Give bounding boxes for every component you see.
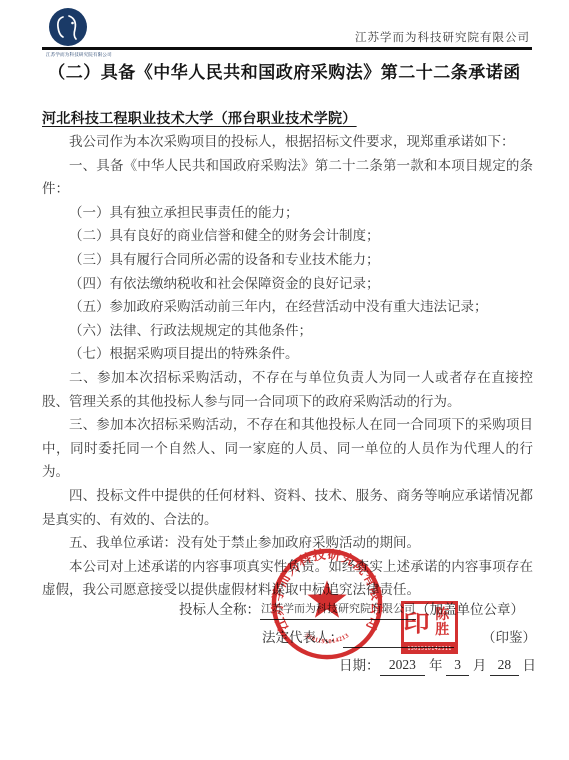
paragraph-item-1-2: （二）具有良好的商业信誉和健全的财务会计制度； [42,224,533,248]
paragraph-item-1-3: （三）具有履行合同所必需的设备和专业技术能力； [42,248,533,272]
paragraph-item-3: 三、参加本次招标采购活动，不存在和其他投标人在同一合同项下的采购项目中，同时委托… [42,413,533,484]
name-seal-box: 印 陈 胜 [401,601,458,645]
legal-rep-name-seal: 印 陈 胜 1301510142311 [401,601,458,654]
seal-code-text: 3201191014213 [303,632,350,645]
paragraph-item-2: 二、参加本次招标采购活动，不存在与单位负责人为同一人或者存在直接控股、管理关系的… [42,366,533,413]
paragraph-item-1-5: （五）参加政府采购活动前三年内，在经营活动中没有重大违法记录； [42,295,533,319]
date-month-char: 月 [473,656,487,676]
legal-rep-suffix: （印鉴） [482,628,536,648]
svg-text:3201191014213: 3201191014213 [303,632,350,645]
seal-star-icon [307,580,346,617]
date-month-value: 3 [446,655,469,676]
name-seal-name-bottom: 胜 [435,623,449,638]
name-seal-name-top: 陈 [435,608,449,623]
company-round-seal: 江苏学而为科技研究院有限公司 3201191014213 [268,545,386,663]
date-day-value: 28 [490,655,519,676]
company-logo-icon [48,7,88,47]
logo-caption: 江苏学而为科技研究院有限公司 [46,52,90,57]
paragraph-item-4: 四、投标文件中提供的任何材料、资料、技术、服务、商务等响应承诺情况都是真实的、有… [42,484,533,531]
paragraph-item-1-6: （六）法律、行政法规规定的其他条件； [42,319,533,343]
paragraph-item-1-7: （七）根据采购项目提出的特殊条件。 [42,342,533,366]
paragraph-item-1: 一、具备《中华人民共和国政府采购法》第二十二条第一款和本项目规定的条件： [42,154,533,201]
name-seal-stamp-char: 印 [404,612,430,635]
header-company-name: 江苏学而为科技研究院有限公司 [355,29,530,45]
date-day-char: 日 [522,656,536,676]
name-seal-code: 1301510142311 [401,645,458,654]
document-page: 江苏学而为科技研究院有限公司 江苏学而为科技研究院有限公司 （二）具备《中华人民… [0,0,569,760]
name-seal-name: 陈 胜 [435,608,449,638]
date-year-value: 2023 [380,655,426,676]
page-title: （二）具备《中华人民共和国政府采购法》第二十二条承诺函 [0,58,569,83]
date-year-char: 年 [429,656,443,676]
bidder-name-label: 投标人全称： [179,600,260,620]
paragraph-item-1-1: （一）具有独立承担民事责任的能力； [42,201,533,225]
paragraph-intro: 我公司作为本次采购项目的投标人，根据招标文件要求，现郑重承诺如下： [42,130,533,154]
header-rule [42,47,532,50]
addressee-heading: 河北科技工程职业技术大学（邢台职业技术学院） [42,108,357,128]
paragraph-item-1-4: （四）有依法缴纳税收和社会保障资金的良好记录； [42,272,533,296]
letter-body: 我公司作为本次采购项目的投标人，根据招标文件要求，现郑重承诺如下： 一、具备《中… [42,130,533,602]
